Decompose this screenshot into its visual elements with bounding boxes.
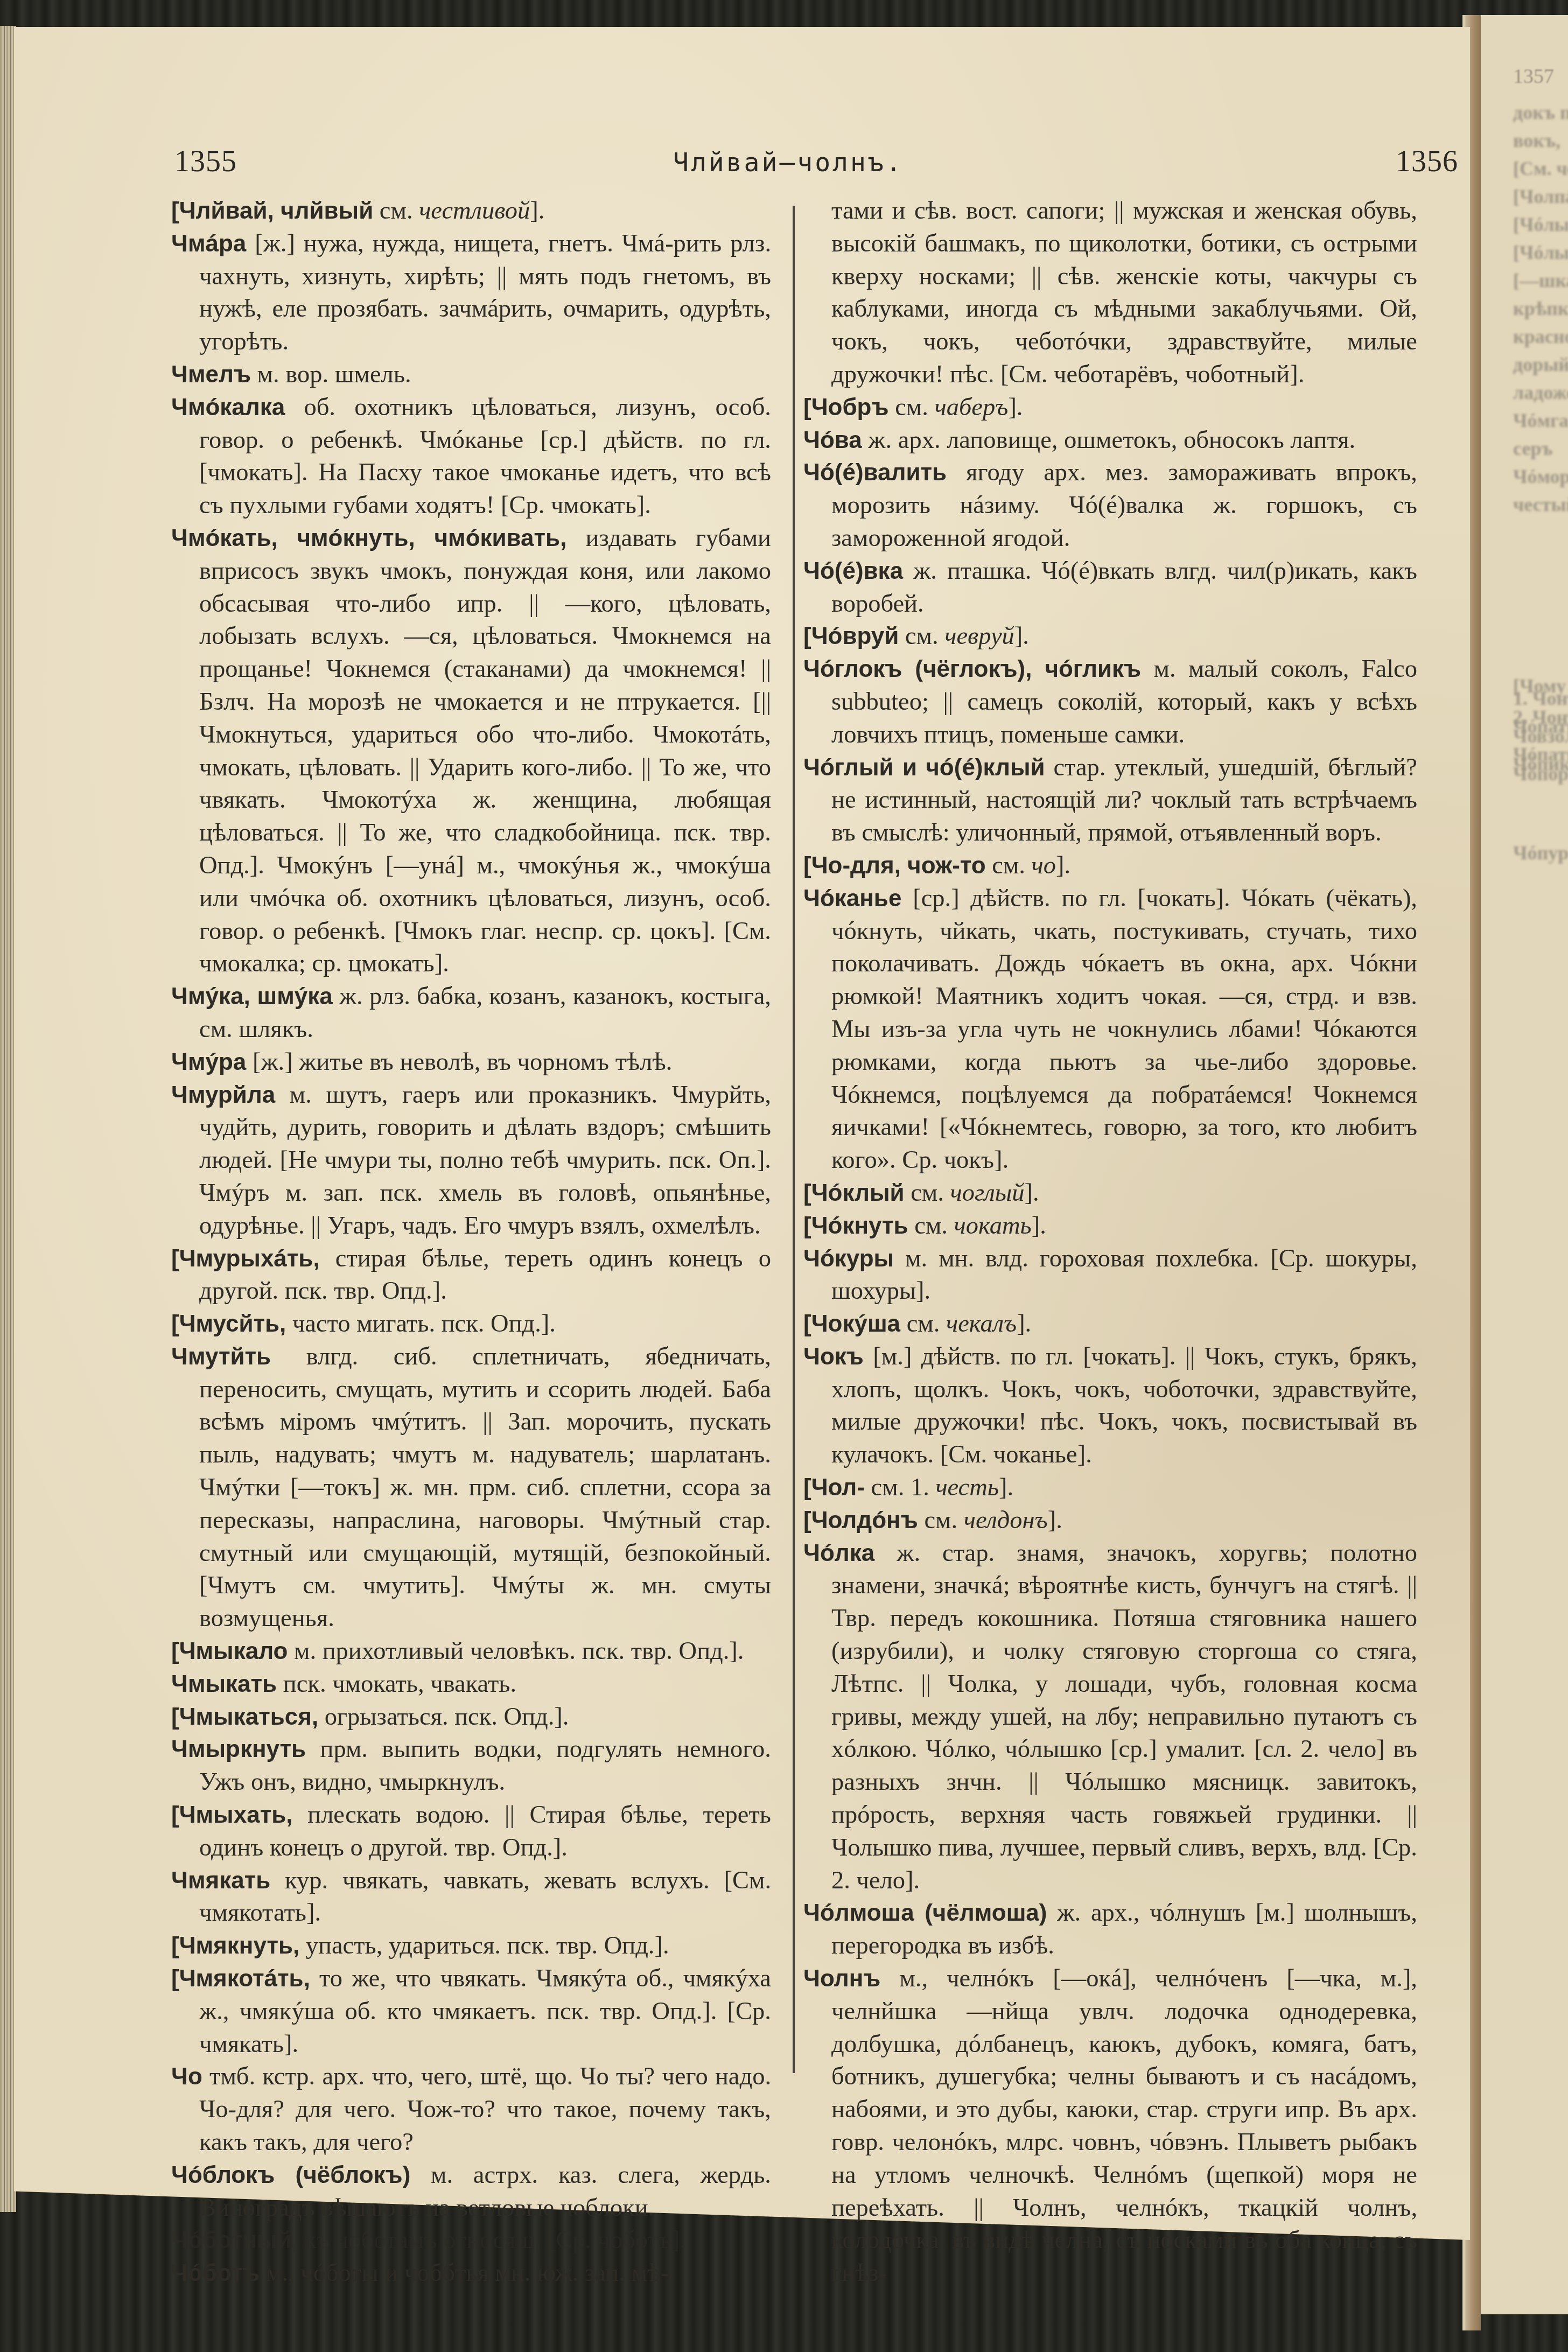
entry-text: огрызаться. пск. Опд.]. [325,1703,569,1731]
headword: Чóкуры [803,1245,894,1272]
running-title: Члйвай—чолнъ. [673,148,904,178]
dictionary-entry: Чмыкать пск. чмокать, чвакать. [171,1668,771,1701]
headword: Чó(é)валить [803,459,947,486]
next-page-line: [См. чело [1513,157,1568,180]
next-page-line: Чóмга ж. [1513,409,1568,432]
headword: [Чмыкало [171,1638,288,1664]
headword: Чóлмоша (чёлмоша) [803,1900,1047,1926]
next-page-line: [Чолпáчиха [1513,185,1568,208]
cross-reference: честь [935,1474,999,1501]
next-page-partial: 1357 докъ посрѣ вокъ, [См. чело [Чолпáчи… [1481,15,1568,2314]
dictionary-entry: Чóлка ж. стар. знамя, значокъ, хоругвь; … [803,1537,1417,1898]
headword: [Чобръ [803,394,889,421]
entry-text: [ж.] житье въ неволѣ, въ чорномъ тѣлѣ. [253,1048,672,1076]
dictionary-entry: Чмýка, шмýка ж. рлз. бабка, козанъ, каза… [171,981,771,1046]
headword: [Чокýша [803,1311,900,1337]
dictionary-entry: Чмелъ м. вор. шмель. [171,359,771,391]
headword: Чóлка [803,1540,874,1566]
dictionary-entry: [Чмыкаться, огрызаться. пск. Опд.]. [171,1701,771,1734]
headword: [Чмурыхáть, [171,1245,320,1272]
dictionary-entry: [Члйвай, члйвый см. честливой]. [171,195,771,228]
entry-text: кур. чвякать, чавкать, жевать вслухъ. [С… [199,1867,771,1927]
headword: [Чмусйть, [171,1311,286,1337]
entry-text: пск. чмокать, чвакать. [283,1670,516,1698]
dictionary-entry: [Чмурыхáть, стирая бѣлье, тереть одинъ к… [171,1243,771,1308]
entry-text: [ж.] нужа, нужда, нищета, гнетъ. Чмá-рит… [199,230,771,355]
entry-tail: ]. [530,197,544,225]
headword: Чмýра [171,1049,246,1075]
dictionary-entry: Чмутйть влгд. сиб. сплетничать, ябеднича… [171,1341,771,1635]
entry-text: м. шутъ, гаеръ или проказникъ. Чмурйть, … [199,1081,771,1240]
headword: [Чолдóнъ [803,1507,918,1534]
dictionary-entry: Чмýра [ж.] житье въ неволѣ, въ чорномъ т… [171,1046,771,1079]
headword: Чо [171,2063,202,2090]
dictionary-entry: Чóботъ м., чóботы и чоббтья мн. юж. зап.… [171,2257,771,2290]
cross-reference: чо [1032,852,1056,879]
dictionary-entry: [Чокýша см. чекалъ]. [803,1308,1417,1341]
dictionary-entry: [Чóклый см. чоглый]. [803,1177,1417,1210]
headword: Чмóкалка [171,394,285,421]
page-number-left: 1355 [174,144,237,179]
cross-reference: чевруй [944,622,1014,650]
entry-tail: ]. [1056,852,1070,879]
headword: [Чмыкаться, [171,1704,318,1730]
next-page-line: [Чóлышко [1513,241,1568,264]
headword: [Чóвруй [803,623,899,649]
entry-text: см. [895,394,934,421]
headword: Чмыркнуть [171,1736,306,1762]
cross-reference: чекалъ [946,1310,1017,1338]
next-page-line: [Чóлый см. [1513,213,1568,236]
next-page-line: Чóморъ [1513,465,1568,488]
entry-text: м. прихотливый человѣкъ. пск. твр. Опд.]… [294,1637,744,1665]
next-page-line: красное [1513,325,1568,348]
next-page-line: Чóпурокъ [1513,842,1568,864]
headword: Чмякать [171,1867,270,1894]
dictionary-entry-continuation: тами и сѣв. вост. сапоги; || мужская и ж… [803,195,1417,391]
entry-tail: ]. [1025,1179,1039,1207]
headword: [Чмыхать, [171,1802,292,1828]
next-page-line: докъ посрѣ [1513,101,1568,124]
next-page-line: серъ [1513,437,1552,460]
dictionary-entry: [Чмякотáть, то же, что чвякать. Чмякýта … [171,1963,771,2061]
dictionary-entry: [Чол- см. 1. честь]. [803,1472,1417,1504]
entry-text: влгд. сиб. сплетничать, ябедничать, пере… [199,1343,771,1632]
headword: Чмýка, шмýка [171,983,333,1010]
next-page-line: ладожскій [1513,381,1568,404]
next-page-line: вокъ, [1513,129,1560,152]
page-number-right: 1356 [1396,144,1458,179]
dictionary-entry: Чóглокъ (чёглокъ), чóгликъ м. малый соко… [803,653,1417,751]
headword: Чокъ [803,1343,864,1370]
entry-text: об. охотникъ цѣловаться, лизунъ, особ. г… [199,394,771,519]
headword: Чóблокъ (чёблокъ) [171,2162,410,2188]
dictionary-entry: [Чóвруй см. чевруй]. [803,620,1417,653]
dictionary-entry: Чмóкалка об. охотникъ цѣловаться, лизунъ… [171,391,771,522]
next-page-line: крѣпкій [1513,297,1568,320]
entry-text: упасть, удариться. пск. твр. Опд.]. [306,1932,669,1959]
headword: Чмутйть [171,1343,271,1370]
headword: Чмурйла [171,1082,275,1108]
dictionary-entry: Чмáра [ж.] нужа, нужда, нищета, гнетъ. Ч… [171,228,771,359]
dictionary-entry: Чо тмб. кстр. арх. что, чего, штё, що. Ч… [171,2061,771,2159]
headword: [Чóклый [803,1180,905,1206]
headword: Чóботный, [171,2227,298,2253]
cross-reference: чаберъ [935,394,1009,421]
entry-tail: ]. [1032,1212,1046,1240]
entry-tail: ]. [1008,394,1023,421]
entry-text: см. [907,1310,946,1338]
entry-text: къ чоботамъ относящ. [Ср. чоботъ]. [304,2227,686,2254]
dictionary-entry: Чолнъ м., челнóкъ [—окá], челнóченъ [—чк… [803,1963,1417,2290]
headword: Чóботъ [171,2260,260,2286]
headword: Чó(é)вка [803,558,903,584]
dictionary-entry: [Чмыкало м. прихотливый человѣкъ. пск. т… [171,1635,771,1668]
dictionary-entry: [Чобръ см. чаберъ]. [803,391,1417,424]
entry-text: м., чóботы и чоббтья мн. юж. зап. мѣ- [266,2259,669,2287]
headword: [Чол- [803,1474,865,1501]
cross-reference: челдонъ [964,1507,1048,1534]
dictionary-entry: Чóботный, къ чоботамъ относящ. [Ср. чобо… [171,2224,771,2257]
entry-text: тмб. кстр. арх. что, чего, штё, що. Чо т… [199,2063,771,2156]
headword: Чóглый и чó(é)клый [803,754,1045,781]
dictionary-entry: Чокъ [м.] дѣйств. по гл. [чокать]. || Чо… [803,1341,1417,1472]
next-page-line: Чóпорникъ [1513,762,1568,785]
dictionary-entry: [Чолдóнъ см. челдонъ]. [803,1504,1417,1537]
entry-text: ж. пташка. Чó(é)вкать влгд. чил(р)икать,… [831,557,1417,618]
dictionary-entry: Чóкуры м. мн. влд. гороховая похлебка. [… [803,1243,1417,1308]
right-column: тами и сѣв. вост. сапоги; || мужская и ж… [803,195,1417,2290]
cross-reference: честливой [419,197,530,225]
column-divider [793,206,795,2073]
dictionary-entry: [Чо-для, чож-то см. чо]. [803,850,1417,883]
headword: Чмáра [171,230,246,257]
entry-tail: ]. [1048,1507,1062,1534]
entry-text: м. вор. шмель. [257,361,411,388]
headword: Чмелъ [171,361,251,388]
next-page-number: 1357 [1513,65,1554,88]
dictionary-entry: [Чóкнуть см. чокать]. [803,1210,1417,1243]
headword: [Члйвай, члйвый [171,198,373,224]
entry-text: см. [924,1507,963,1534]
next-page-line: честый [1513,493,1568,516]
headword: [Чóкнуть [803,1213,908,1239]
entry-tail: ]. [999,1474,1013,1501]
entry-text: издавать губами вприсосъ звукъ чмокъ, по… [199,524,771,977]
page-edges-stack [0,26,16,2212]
headword: Чóглокъ (чёглокъ), чóгликъ [803,656,1141,682]
headword: Чмóкать, чмóкнуть, чмóкивать, [171,525,566,551]
entry-tail: ]. [1014,622,1029,650]
next-page-line: дорый [1513,353,1568,376]
cross-reference: чоглый [950,1179,1025,1207]
dictionary-entry: Чмякать кур. чвякать, чавкать, жевать вс… [171,1865,771,1930]
entry-text: см. 1. [871,1474,936,1501]
headword: Чóканье [803,885,901,912]
entry-text: см. [905,622,944,650]
dictionary-entry: Чóканье [ср.] дѣйств. по гл. [чокать]. Ч… [803,883,1417,1177]
dictionary-entry: Чóлмоша (чёлмоша) ж. арх., чóлнушъ [м.] … [803,1897,1417,1963]
entry-text: ж. арх. лаповище, ошметокъ, обносокъ лап… [868,426,1355,454]
dictionary-entry: Чó(é)валить ягоду арх. мез. замораживать… [803,457,1417,555]
headword: Чмыкать [171,1671,277,1697]
cross-reference: чокать [954,1212,1032,1240]
next-page-line: [—шка] [1513,269,1568,292]
headword: Чóва [803,427,862,453]
dictionary-entry: [Чмыхать, плескать водою. || Стирая бѣль… [171,1799,771,1865]
headword: [Чмякотáть, [171,1965,310,1992]
dictionary-entry: Чóглый и чó(é)клый стар. утеклый, ушедші… [803,752,1417,850]
entry-text: м. мн. влд. гороховая похлебка. [Ср. шок… [831,1245,1417,1305]
dictionary-entry: Чмóкать, чмóкнуть, чмóкивать, издавать г… [171,522,771,981]
dictionary-entry: Чóблокъ (чёблокъ) м. астрх. каз. слега, … [171,2159,771,2225]
entry-text: м., челнóкъ [—окá], челнóченъ [—чка, м.]… [831,1965,1417,2287]
dictionary-entry: [Чмусйть, часто мигать. пск. Опд.]. [171,1308,771,1341]
left-column: [Члйвай, члйвый см. честливой]. Чмáра [ж… [171,195,771,2290]
entry-text: [ср.] дѣйств. по гл. [чокать]. Чóкать (ч… [831,885,1417,1174]
dictionary-entry: [Чмякнуть, упасть, удариться. пск. твр. … [171,1930,771,1963]
entry-text: тами и сѣв. вост. сапоги; || мужская и ж… [831,197,1417,388]
entry-text: см. [992,852,1031,879]
dictionary-entry: Чмурйла м. шутъ, гаеръ или проказникъ. Ч… [171,1079,771,1243]
entry-text: см. [380,197,419,225]
headword: Чолнъ [803,1965,880,1992]
entry-tail: ]. [1017,1310,1031,1338]
dictionary-entry: Чóва ж. арх. лаповище, ошметокъ, обносок… [803,424,1417,457]
entry-text: часто мигать. пск. Опд.]. [292,1310,556,1338]
dictionary-entry: Чмыркнуть прм. выпить водки, подгулять н… [171,1733,771,1799]
entry-text: ж. стар. знамя, значокъ, хоругвь; полотн… [831,1539,1417,1894]
dictionary-entry: Чó(é)вка ж. пташка. Чó(é)вкать влгд. чил… [803,555,1417,621]
entry-text: см. [911,1179,950,1207]
headword: [Чо-для, чож-то [803,852,986,879]
headword: [Чмякнуть, [171,1933,299,1959]
entry-text: [м.] дѣйств. по гл. [чокать]. || Чокъ, с… [831,1343,1417,1468]
entry-text: см. [914,1212,954,1240]
